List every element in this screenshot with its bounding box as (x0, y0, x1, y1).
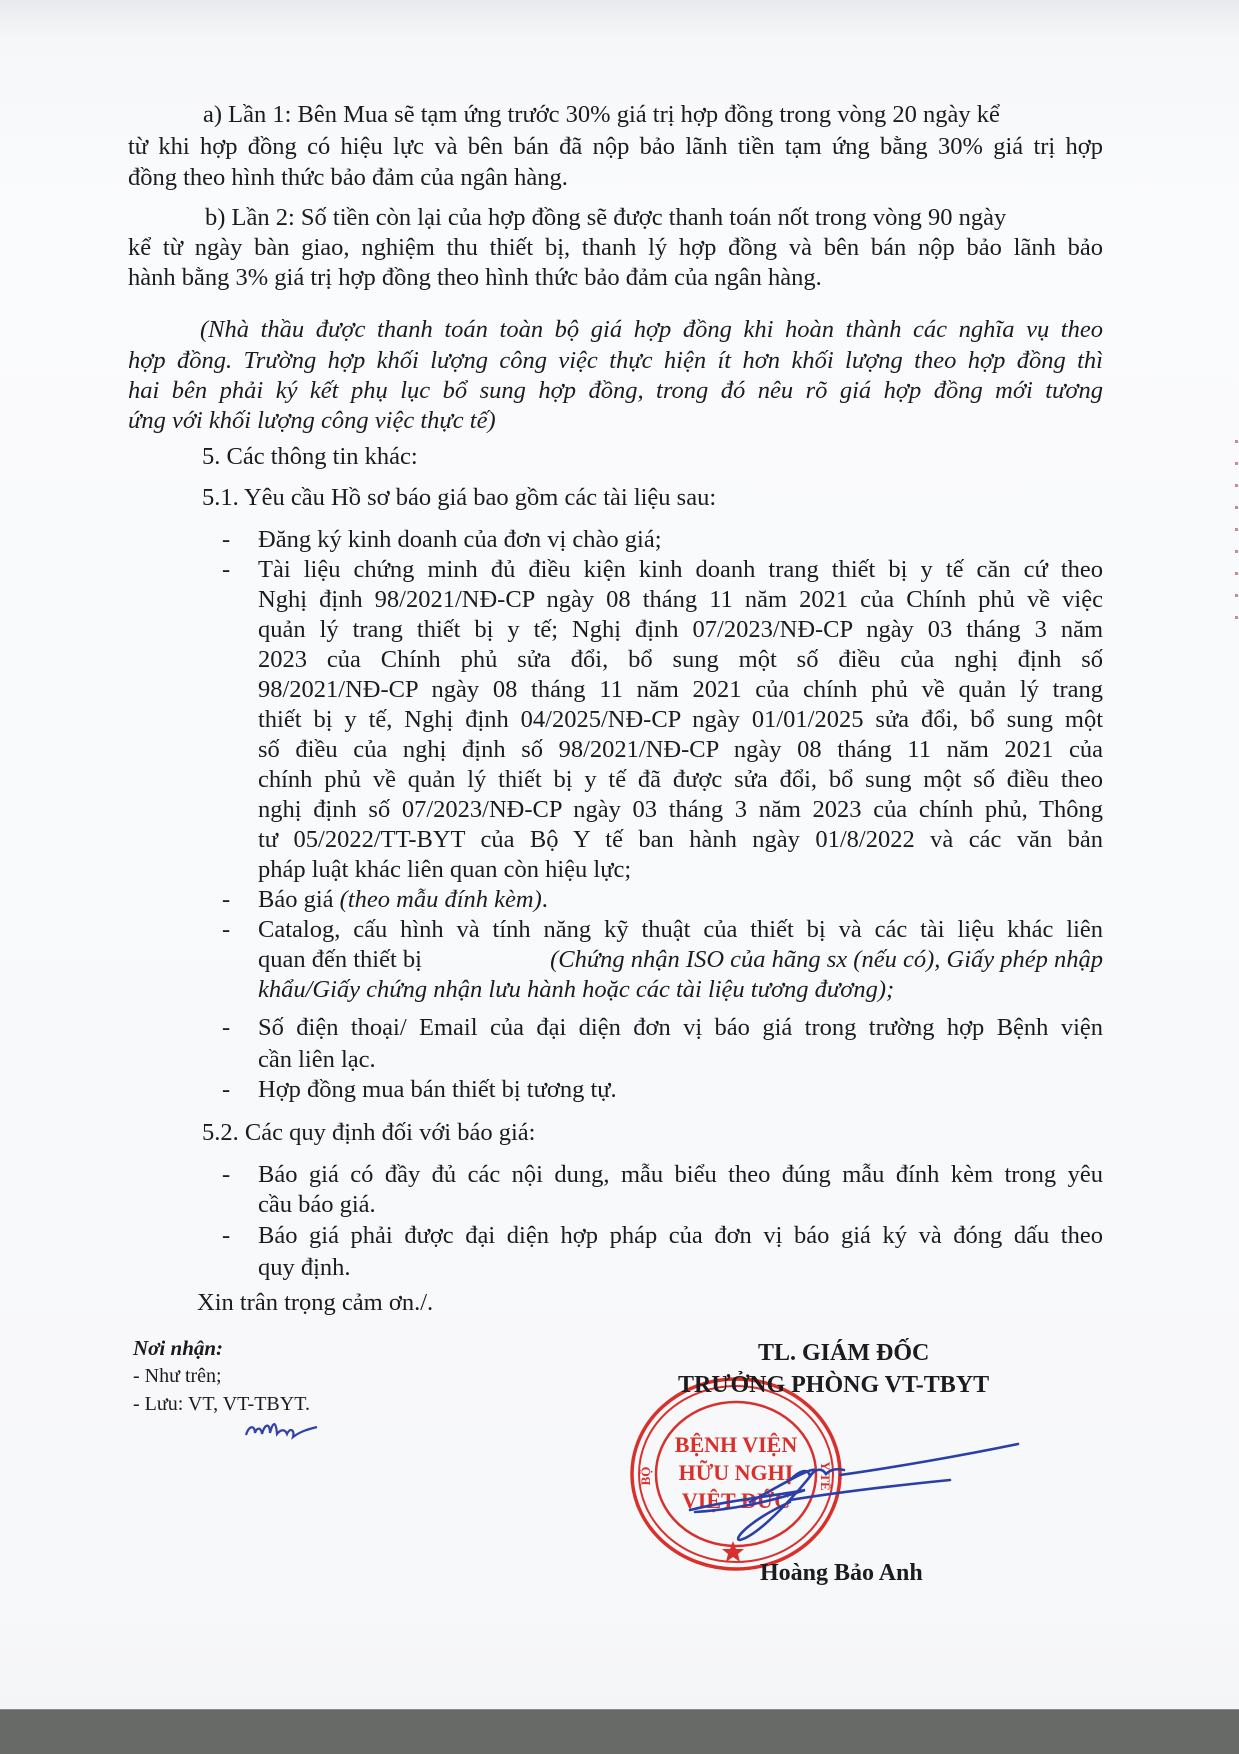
list-item-quote-signed-cont: quy định. (258, 1253, 351, 1283)
item-line: pháp luật khác liên quan còn hiệu lực; (258, 855, 631, 885)
initials-scribble-icon (243, 1417, 319, 1445)
bullet-dash: - (222, 915, 230, 945)
note-line-4: ứng với khối lượng công việc thực tế) (128, 406, 496, 436)
item-text: quan đến thiết bị (258, 945, 428, 975)
item-line: nghị định số 07/2023/NĐ-CP ngày 03 tháng… (258, 795, 1103, 825)
item-line: thiết bị y tế, Nghị định 04/2025/NĐ-CP n… (258, 705, 1103, 735)
list-item-business-registration: Đăng ký kinh doanh của đơn vị chào giá; (258, 525, 662, 555)
bullet-dash: - (222, 1160, 230, 1190)
section-5-2-heading: 5.2. Các quy định đối với báo giá: (202, 1118, 535, 1148)
bullet-dash: - (222, 885, 230, 915)
para-b-line-3: hành bằng 3% giá trị hợp đồng theo hình … (128, 263, 822, 293)
handwritten-signature-icon (640, 1440, 1040, 1550)
item-line: cần liên lạc. (258, 1045, 376, 1075)
item-line: 98/2021/NĐ-CP ngày 08 tháng 11 năm 2021 … (258, 675, 1103, 705)
bullet-dash: - (222, 1013, 230, 1043)
item-line: khẩu/Giấy chứng nhận lưu hành hoặc các t… (258, 975, 894, 1005)
bullet-dash: - (222, 525, 230, 555)
recipient-item: - Lưu: VT, VT-TBYT. (133, 1389, 310, 1419)
item-line: số điều của nghị định số 98/2021/NĐ-CP n… (258, 735, 1103, 765)
para-b-line-2: kể từ ngày bàn giao, nghiệm thu thiết bị… (128, 233, 1103, 263)
list-item-quote-signed: Báo giá phải được đại diện hợp pháp của … (258, 1221, 1103, 1251)
closing-thanks: Xin trân trọng cảm ơn./. (197, 1288, 433, 1318)
item-line: Catalog, cấu hình và tính năng kỹ thuật … (258, 915, 1103, 945)
para-b-line-1: b) Lần 2: Số tiền còn lại của hợp đồng s… (205, 203, 1006, 233)
item-line: quan đến thiết bị (Chứng nhận ISO của hã… (258, 945, 1103, 975)
document-page: a) Lần 1: Bên Mua sẽ tạm ứng trước 30% g… (0, 0, 1239, 1709)
section-5-1-heading: 5.1. Yêu cầu Hồ sơ báo giá bao gồm các t… (202, 483, 716, 513)
recipient-item: - Như trên; (133, 1361, 222, 1391)
list-item-quote-content-cont: cầu báo giá. (258, 1190, 376, 1220)
list-item-similar-contract: Hợp đồng mua bán thiết bị tương tự. (258, 1075, 617, 1105)
item-line: Nghị định 98/2021/NĐ-CP ngày 08 tháng 11… (258, 585, 1103, 615)
signature-title-1: TL. GIÁM ĐỐC (758, 1338, 929, 1368)
scan-edge-marks (1235, 440, 1238, 620)
item-line: Tài liệu chứng minh đủ điều kiện kinh do… (258, 555, 1103, 585)
item-line: Số điện thoại/ Email của đại diện đơn vị… (258, 1013, 1103, 1043)
note-line-3: hai bên phải ký kết phụ lục bổ sung hợp … (128, 376, 1103, 406)
para-a-line-2: từ khi hợp đồng có hiệu lực và bên bán đ… (128, 132, 1103, 162)
signer-name: Hoàng Bảo Anh (760, 1558, 923, 1588)
recipients-label: Nơi nhận: (133, 1333, 223, 1363)
item-line: 2023 của Chính phủ sửa đổi, bổ sung một … (258, 645, 1103, 675)
item-line: chính phủ về quản lý thiết bị y tế đã đư… (258, 765, 1103, 795)
item-line: quản lý trang thiết bị y tế; Nghị định 0… (258, 615, 1103, 645)
list-item-quote-content: Báo giá có đầy đủ các nội dung, mẫu biểu… (258, 1160, 1103, 1190)
para-a-line-1: a) Lần 1: Bên Mua sẽ tạm ứng trước 30% g… (203, 100, 1000, 130)
note-line-2: hợp đồng. Trường hợp khối lượng công việ… (128, 346, 1103, 376)
item-line: tư 05/2022/TT-BYT của Bộ Y tế ban hành n… (258, 825, 1103, 855)
item-italic-note: (theo mẫu đính kèm) (340, 886, 542, 913)
note-line-1: (Nhà thầu được thanh toán toàn bộ giá hợ… (200, 315, 1103, 345)
bullet-dash: - (222, 1221, 230, 1251)
bullet-dash: - (222, 1075, 230, 1105)
bullet-dash: - (222, 555, 230, 585)
item-punct: . (542, 886, 548, 913)
item-italic-note: (Chứng nhận ISO của hãng sx (nếu có), Gi… (550, 945, 1103, 975)
scanner-bottom-bar (0, 1709, 1239, 1754)
signature-title-2: TRƯỞNG PHÒNG VT-TBYT (678, 1370, 989, 1400)
list-item-quotation: Báo giá (theo mẫu đính kèm). (258, 885, 548, 915)
para-a-line-3: đồng theo hình thức bảo đảm của ngân hàn… (128, 163, 568, 193)
item-text: Báo giá (258, 886, 340, 913)
section-5-heading: 5. Các thông tin khác: (202, 442, 418, 472)
